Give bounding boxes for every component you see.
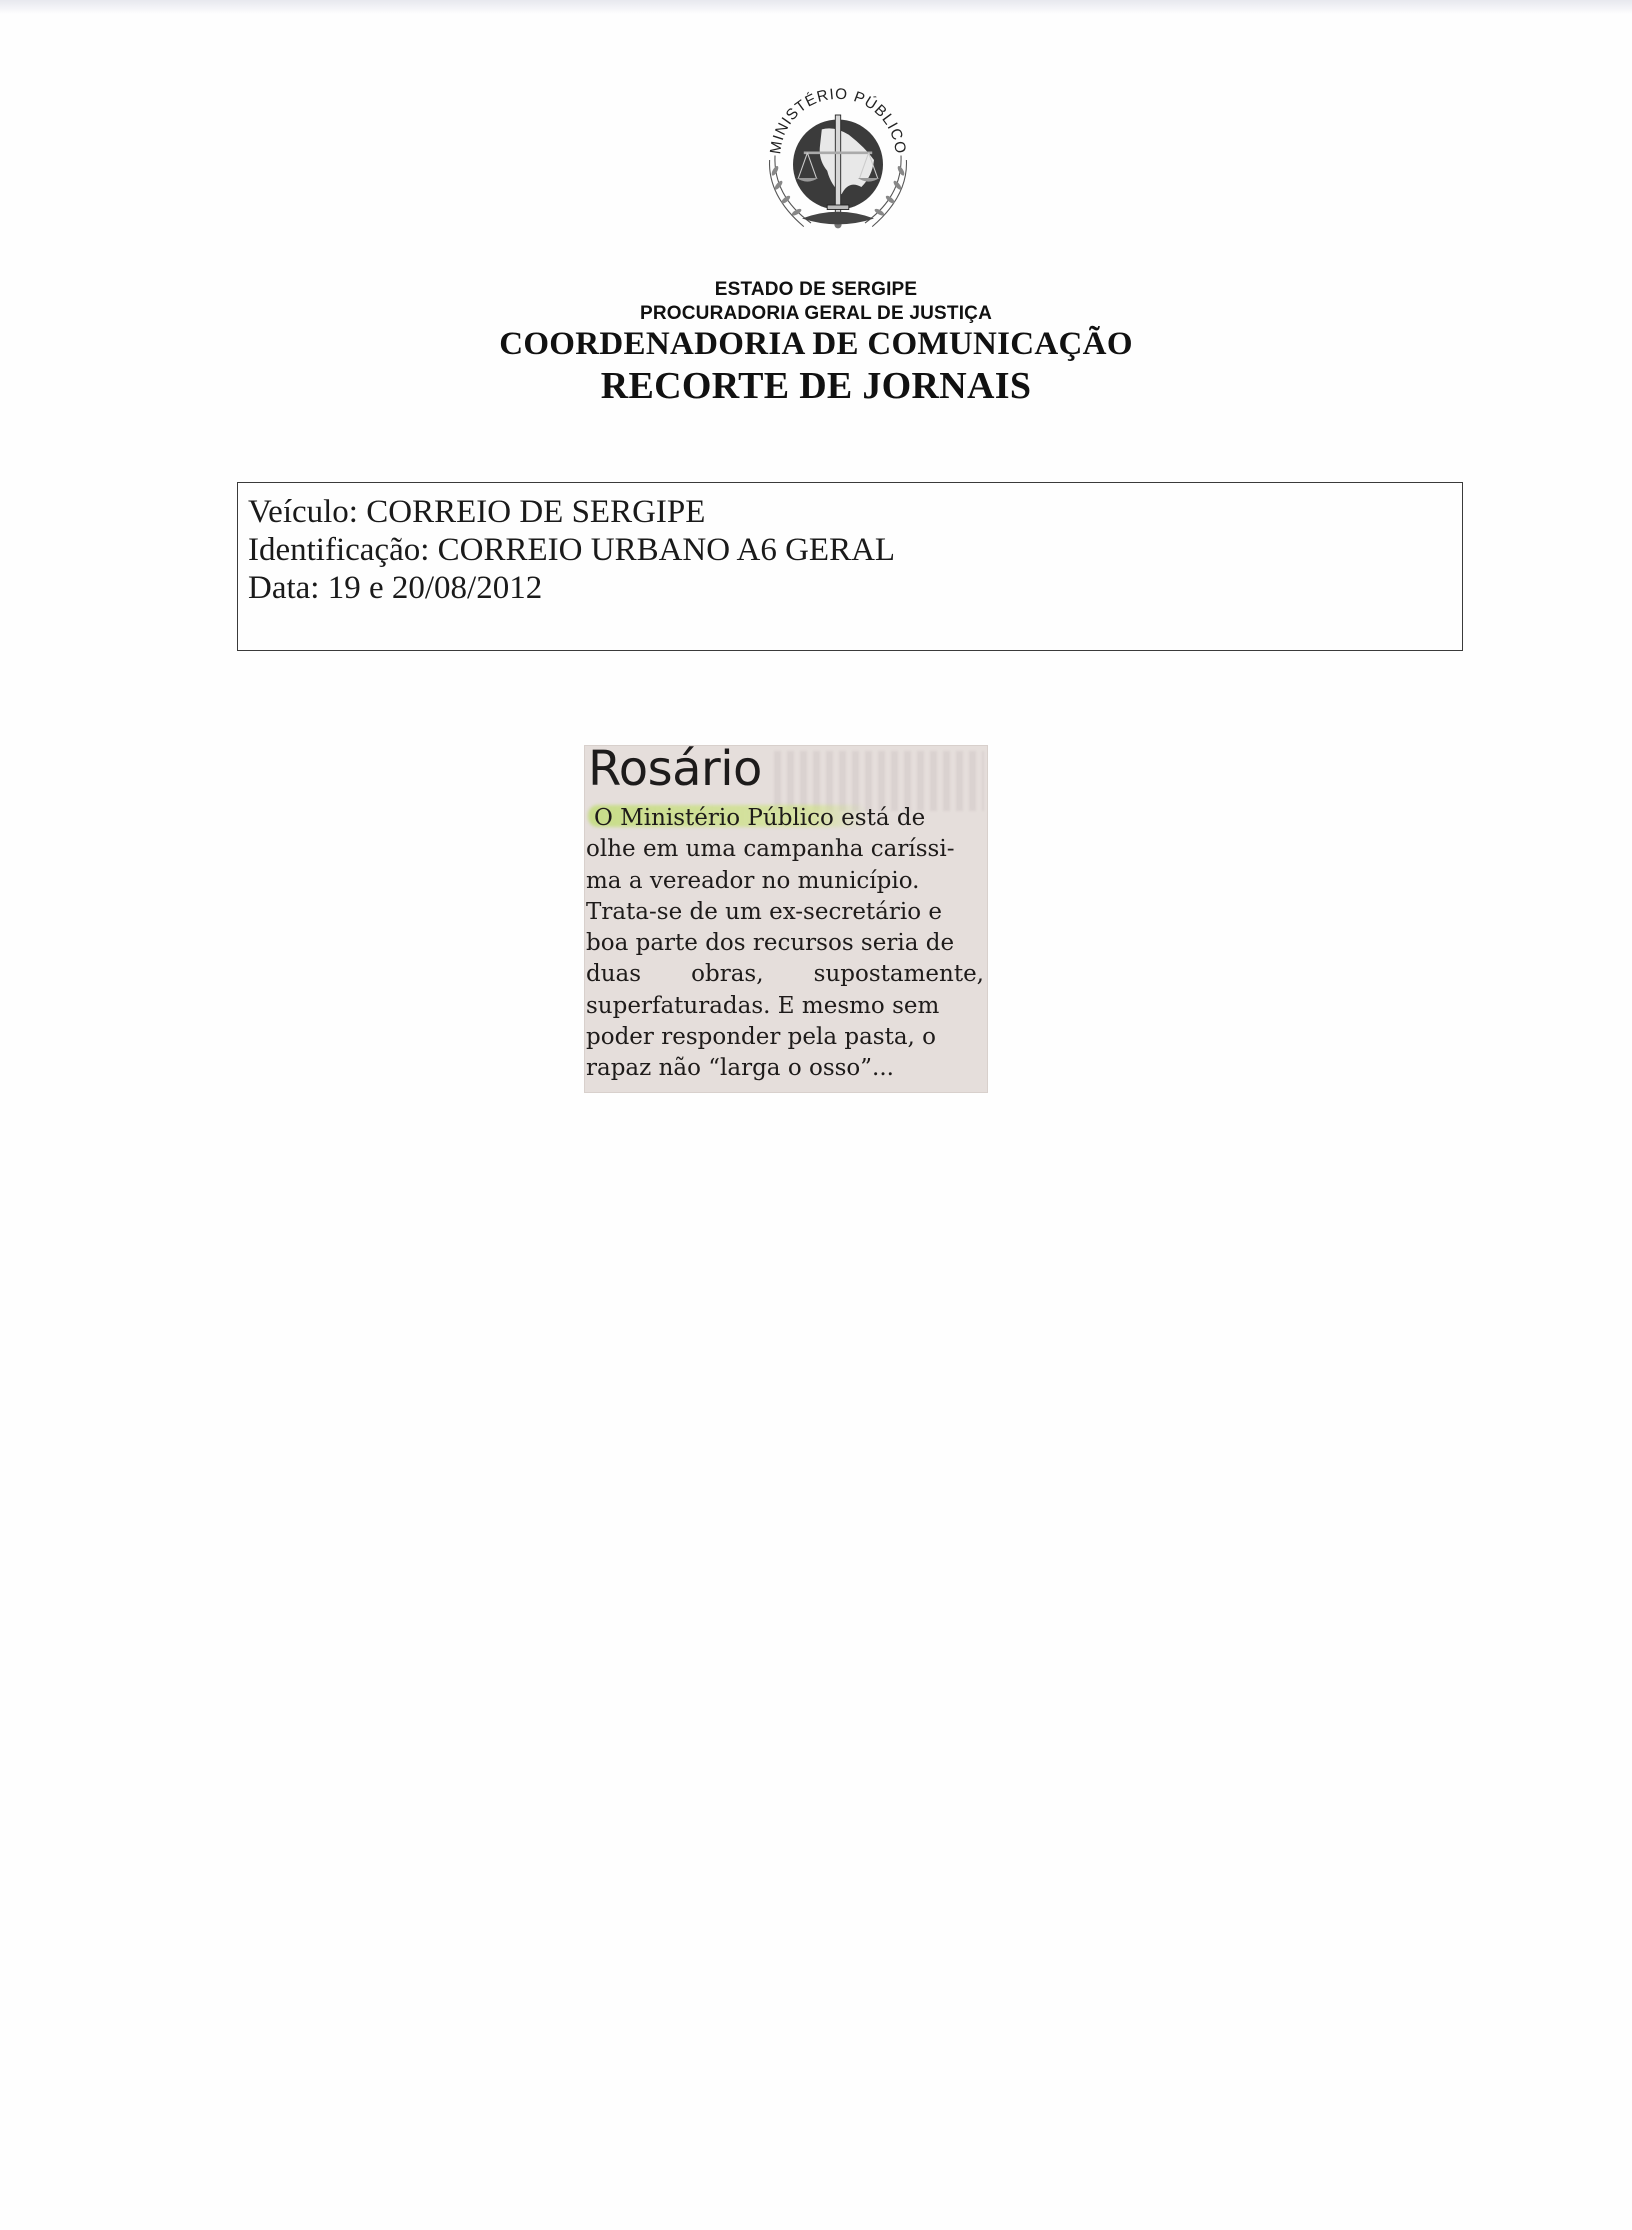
clipping-info-box: Veículo: CORREIO DE SERGIPE Identificaçã… [237, 482, 1463, 651]
scan-edge [0, 0, 1632, 14]
clipping-line: duas obras, supostamente, [586, 959, 984, 990]
date-value: 19 e 20/08/2012 [328, 570, 542, 606]
newspaper-clipping: Rosário O Ministério Público está de olh… [584, 745, 988, 1093]
identification-label: Identificação: [248, 532, 429, 568]
clipping-line: Trata-se de um ex-secretário e [586, 897, 984, 928]
identification-value: CORREIO URBANO A6 GERAL [438, 532, 895, 568]
clipping-body: O Ministério Público está de olhe em uma… [586, 803, 984, 1085]
header-agency: PROCURADORIA GERAL DE JUSTIÇA [0, 303, 1632, 325]
date-row: Data: 19 e 20/08/2012 [248, 569, 1462, 607]
document-title: RECORTE DE JORNAIS [0, 364, 1632, 408]
header-state: ESTADO DE SERGIPE [0, 279, 1632, 301]
clipping-line: ma a vereador no município. [586, 866, 984, 897]
vehicle-label: Veículo: [248, 494, 358, 530]
show-through-texture [774, 751, 984, 811]
clipping-line: superfaturadas. E mesmo sem [586, 991, 984, 1022]
clipping-title: Rosário [588, 745, 762, 797]
identification-row: Identificação: CORREIO URBANO A6 GERAL [248, 531, 1462, 569]
clipping-line: olhe em uma campanha caríssi- [586, 834, 984, 865]
clipping-line: boa parte dos recursos seria de [586, 928, 984, 959]
clipping-line: poder responder pela pasta, o [586, 1022, 984, 1053]
ministerio-publico-seal-icon: MINISTÉRIO PÚBLICO [748, 70, 928, 250]
clipping-line: O Ministério Público está de [586, 803, 984, 834]
vehicle-value: CORREIO DE SERGIPE [366, 494, 705, 530]
clipping-line: rapaz não “larga o osso”... [586, 1053, 984, 1084]
header-department: COORDENADORIA DE COMUNICAÇÃO [0, 326, 1632, 363]
date-label: Data: [248, 570, 319, 606]
vehicle-row: Veículo: CORREIO DE SERGIPE [248, 493, 1462, 531]
